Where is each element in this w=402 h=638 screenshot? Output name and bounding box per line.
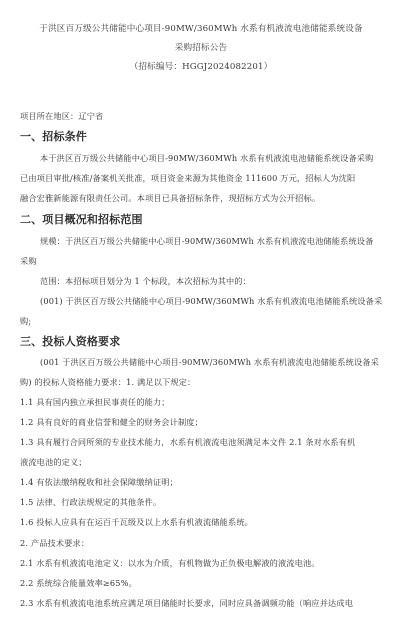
tender-code: （招标编号：HGGJ2024082201） bbox=[0, 62, 402, 73]
scope-text: 范围：本招标项目划分为 1 个标段，本次招标为其中的： bbox=[40, 276, 251, 287]
qualification-intro: 购) 的投标人资格能力要求：1. 满足以下规定： bbox=[20, 377, 195, 388]
section-1-text: 融合宏雅新能源有限责任公司。本项目已具备招标条件，现招标方式为公开招标。 bbox=[20, 193, 320, 204]
scale-text: 采购 bbox=[20, 256, 37, 267]
requirement-item: 2.2 系统综合能量效率≥65%。 bbox=[20, 578, 137, 589]
title-line-2: 采购招标公告 bbox=[0, 43, 402, 54]
project-region: 项目所在地区：辽宁省 bbox=[20, 111, 103, 122]
section-1-heading: 一、招标条件 bbox=[20, 131, 87, 142]
requirement-item: 液流电池的定义； bbox=[20, 457, 87, 468]
requirement-item: 1.4 有依法缴纳税收和社会保障缴纳证明； bbox=[20, 477, 178, 488]
document-page: 于洪区百万级公共储能中心项目-90MW/360MWh 水系有机液流电池储能系统设… bbox=[0, 0, 402, 638]
section-1-text: 本于洪区百万级公共储能中心项目-90MW/360MWh 水系有机液流电池储能系统… bbox=[40, 153, 373, 164]
title-line-1: 于洪区百万级公共储能中心项目-90MW/360MWh 水系有机液流电池储能系统设… bbox=[0, 24, 402, 35]
requirement-item: 1.5 法律、行政法规规定的其他条件。 bbox=[20, 497, 161, 508]
requirement-item: 1.1 具有国内独立承担民事责任的能力； bbox=[20, 397, 170, 408]
lot-text: 购; bbox=[20, 316, 31, 327]
section-3-heading: 三、投标人资格要求 bbox=[20, 336, 120, 347]
section-1-text: 已由项目审批/核准/备案机关批准，项目资金来源为其他资金 111600 万元，招… bbox=[20, 173, 355, 184]
requirement-item: 1.6 投标人应具有在运百千瓦级及以上水系有机液流储能系统。 bbox=[20, 517, 253, 528]
requirement-item: 2. 产品技术要求： bbox=[20, 538, 89, 549]
requirement-item: 1.2 具有良好的商业信誉和健全的财务会计制度； bbox=[20, 417, 203, 428]
requirement-item: 2.1 水系有机液流电池定义：以水为介质，有机物做为正负极电解液的液流电池。 bbox=[20, 558, 320, 569]
requirement-item: 1.3 具有履行合同所须的专业技术能力，水系有机液流电池须满足本文件 2.1 条… bbox=[20, 437, 355, 448]
section-2-heading: 二、项目概况和招标范围 bbox=[20, 214, 143, 225]
scale-text: 规模：于洪区百万级公共储能中心项目-90MW/360MWh 水系有机液流电池储能… bbox=[40, 236, 373, 247]
qualification-intro: (001 于洪区百万级公共储能中心项目-90MW/360MWh 水系有机液流电池… bbox=[40, 357, 379, 368]
lot-text: (001) 于洪区百万级公共储能中心项目-90MW/360MWh 水系有机液流电… bbox=[40, 296, 382, 307]
requirement-item: 2.3 水系有机液流电池系统应满足项目储能时长要求，同时应具备调频功能（响应并达… bbox=[20, 598, 353, 609]
